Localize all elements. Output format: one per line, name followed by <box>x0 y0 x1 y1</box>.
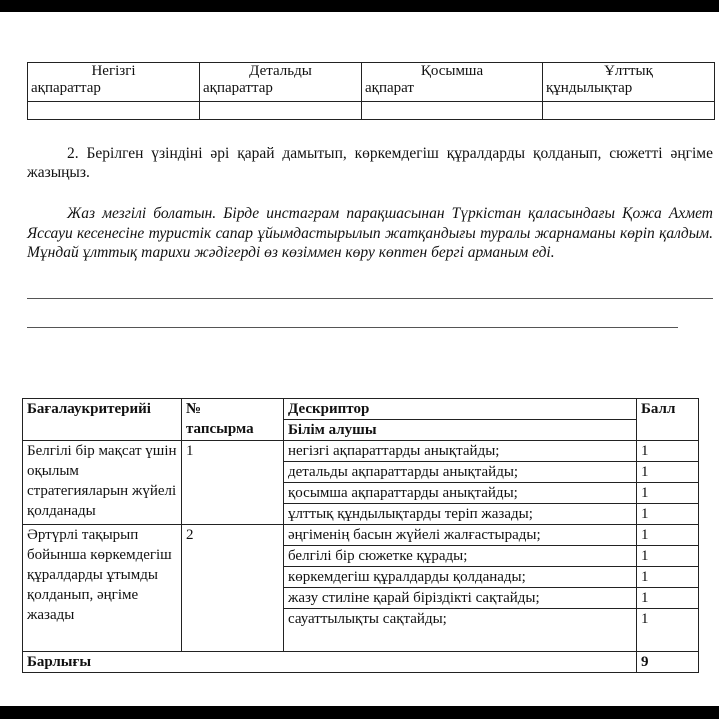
descriptor-cell: сауаттылықты сақтайды; <box>284 609 637 652</box>
answer-cell-values[interactable] <box>543 102 715 120</box>
answer-line[interactable] <box>27 327 678 328</box>
story-prompt: Жаз мезгілі болатын. Бірде инстаграм пар… <box>27 204 713 263</box>
total-label: Барлығы <box>23 652 637 673</box>
descriptor-cell: белгілі бір сюжетке құрады; <box>284 546 637 567</box>
score-cell: 1 <box>637 462 699 483</box>
top-black-bar <box>0 0 719 12</box>
task-instruction: 2. Берілген үзіндіні әрі қарай дамытып, … <box>27 144 713 182</box>
answer-line[interactable] <box>27 298 713 299</box>
task-no-symbol: № <box>186 399 279 419</box>
score-cell: 1 <box>637 609 699 652</box>
score-cell: 1 <box>637 441 699 462</box>
criteria-cell: Әртүрлі тақырып бойынша көркемдегіш құра… <box>23 525 182 652</box>
bottom-black-bar <box>0 706 719 719</box>
info-header-values: Ұлттық құндылықтар <box>543 63 715 102</box>
descriptor-cell: қосымша ақпараттарды анықтайды; <box>284 483 637 504</box>
rubric-total-row: Барлығы 9 <box>23 652 699 673</box>
info-table: Негізгі ақпараттар Детальды ақпараттар Қ… <box>27 62 715 120</box>
score-cell: 1 <box>637 504 699 525</box>
descriptor-cell: жазу стиліне қарай біріздікті сақтайды; <box>284 588 637 609</box>
info-table-header-row: Негізгі ақпараттар Детальды ақпараттар Қ… <box>28 63 715 102</box>
descriptor-header: Дескриптор <box>284 399 637 420</box>
rubric-row: Әртүрлі тақырып бойынша көркемдегіш құра… <box>23 525 699 546</box>
criteria-cell: Белгілі бір мақсат үшін оқылым стратегия… <box>23 441 182 525</box>
answer-cell-detail[interactable] <box>200 102 362 120</box>
descriptor-cell: әңгіменің басын жүйелі жалғастырады; <box>284 525 637 546</box>
descriptor-cell: ұлттық құндылықтарды теріп жазады; <box>284 504 637 525</box>
total-score: 9 <box>637 652 699 673</box>
rubric-row: Белгілі бір мақсат үшін оқылым стратегия… <box>23 441 699 462</box>
descriptor-subheader: Білім алушы <box>284 420 637 441</box>
task-no-cell: 2 <box>182 525 284 652</box>
answer-cell-main[interactable] <box>28 102 200 120</box>
rubric-table: Бағалаукритерийі № тапсырма Дескриптор Б… <box>22 398 699 673</box>
rubric-header-row: Бағалаукритерийі № тапсырма Дескриптор Б… <box>23 399 699 420</box>
descriptor-cell: негізгі ақпараттарды анықтайды; <box>284 441 637 462</box>
info-header-additional: Қосымша ақпарат <box>362 63 543 102</box>
score-cell: 1 <box>637 546 699 567</box>
score-cell: 1 <box>637 567 699 588</box>
info-header-detail: Детальды ақпараттар <box>200 63 362 102</box>
score-cell: 1 <box>637 483 699 504</box>
task-no-header: № тапсырма <box>182 399 284 441</box>
descriptor-cell: детальды ақпараттарды анықтайды; <box>284 462 637 483</box>
task-no-label: тапсырма <box>186 419 279 439</box>
info-header-main: Негізгі ақпараттар <box>28 63 200 102</box>
score-cell: 1 <box>637 525 699 546</box>
score-cell: 1 <box>637 588 699 609</box>
criteria-header: Бағалаукритерийі <box>23 399 182 441</box>
answer-cell-additional[interactable] <box>362 102 543 120</box>
info-table-answer-row <box>28 102 715 120</box>
task-no-cell: 1 <box>182 441 284 525</box>
score-header: Балл <box>637 399 699 441</box>
descriptor-cell: көркемдегіш құралдарды қолданады; <box>284 567 637 588</box>
